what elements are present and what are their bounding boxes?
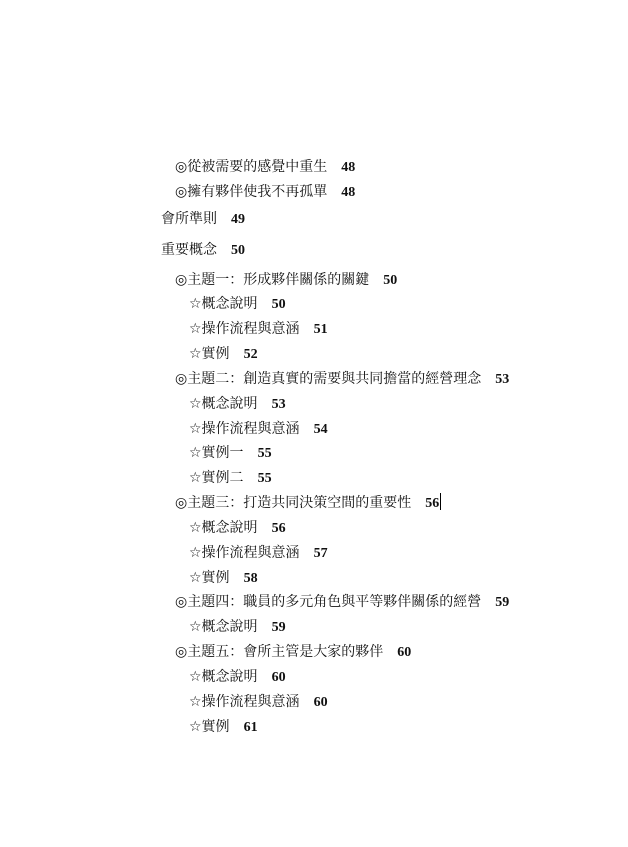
toc-entry-page: 60: [314, 695, 328, 710]
toc-entry-title: ☆操作流程與意涵: [189, 321, 300, 337]
toc-entry-title: ◎主題三：打造共同決策空間的重要性: [175, 495, 411, 511]
toc-entry[interactable]: ☆概念說明56: [189, 517, 286, 539]
toc-entry[interactable]: 重要概念50: [161, 239, 245, 261]
toc-entry-title: ☆概念說明: [189, 619, 258, 635]
toc-entry-page: 61: [244, 720, 258, 735]
toc-entry-title: ☆實例一: [189, 445, 244, 461]
toc-entry[interactable]: ☆概念說明59: [189, 616, 286, 638]
toc-entry[interactable]: ◎主題三：打造共同決策空間的重要性56: [175, 492, 441, 514]
toc-entry-title: ◎主題四：職員的多元角色與平等夥伴關係的經營: [175, 594, 481, 610]
toc-entry-page: 54: [314, 422, 328, 437]
toc-entry-page: 50: [383, 273, 397, 288]
toc-entry-title: ☆操作流程與意涵: [189, 545, 300, 561]
toc-entry-title: ◎從被需要的感覺中重生: [175, 159, 327, 175]
toc-entry-title: ◎主題二：創造真實的需要與共同擔當的經營理念: [175, 371, 481, 387]
toc-entry[interactable]: ◎主題一：形成夥伴關係的關鍵50: [175, 269, 397, 291]
toc-entry-page: 48: [341, 160, 355, 175]
toc-entry-page: 51: [314, 322, 328, 337]
toc-entry[interactable]: ☆操作流程與意涵51: [189, 318, 328, 340]
toc-entry[interactable]: ◎擁有夥伴使我不再孤單48: [175, 181, 355, 203]
toc-entry[interactable]: ☆概念說明50: [189, 293, 286, 315]
toc-entry-page: 55: [258, 471, 272, 486]
toc-entry-page: 57: [314, 546, 328, 561]
toc-entry-title: ☆概念說明: [189, 669, 258, 685]
toc-entry-page: 56: [272, 521, 286, 536]
toc-entry-page: 50: [272, 297, 286, 312]
toc-entry-title: ◎主題五：會所主管是大家的夥伴: [175, 644, 383, 660]
toc-entry-page: 59: [495, 595, 509, 610]
toc-entry-title: ◎擁有夥伴使我不再孤單: [175, 184, 327, 200]
toc-entry-page: 56: [425, 496, 439, 511]
toc-entry[interactable]: ◎主題四：職員的多元角色與平等夥伴關係的經營59: [175, 591, 509, 613]
toc-entry-page: 49: [231, 212, 245, 227]
toc-entry-page: 55: [258, 446, 272, 461]
toc-entry-title: ☆概念說明: [189, 296, 258, 312]
toc-entry[interactable]: ☆操作流程與意涵57: [189, 542, 328, 564]
toc-entry[interactable]: ☆操作流程與意涵60: [189, 691, 328, 713]
toc-entry-title: ☆概念說明: [189, 396, 258, 412]
toc-entry[interactable]: ☆實例61: [189, 716, 258, 738]
toc-entry[interactable]: ☆實例58: [189, 567, 258, 589]
toc-entry-page: 53: [495, 372, 509, 387]
toc-entry-page: 53: [272, 397, 286, 412]
toc-entry-title: ☆操作流程與意涵: [189, 694, 300, 710]
toc-entry[interactable]: ☆實例52: [189, 343, 258, 365]
toc-entry[interactable]: ☆實例二55: [189, 467, 272, 489]
toc-entry-title: ☆實例: [189, 570, 230, 586]
toc-entry[interactable]: ◎從被需要的感覺中重生48: [175, 156, 355, 178]
toc-entry-title: ☆實例: [189, 346, 230, 362]
toc-entry[interactable]: ☆概念說明53: [189, 393, 286, 415]
toc-entry-page: 52: [244, 347, 258, 362]
toc-entry[interactable]: ☆操作流程與意涵54: [189, 418, 328, 440]
toc-entry-page: 59: [272, 620, 286, 635]
toc-entry[interactable]: ☆實例一55: [189, 442, 272, 464]
toc-entry[interactable]: ◎主題五：會所主管是大家的夥伴60: [175, 641, 411, 663]
toc-entry[interactable]: 會所準則49: [161, 208, 245, 230]
toc-entry-title: ☆概念說明: [189, 520, 258, 536]
text-cursor: [440, 493, 441, 510]
toc-entry-page: 60: [397, 645, 411, 660]
toc-entry-page: 48: [341, 185, 355, 200]
toc-entry-title: ☆實例: [189, 719, 230, 735]
document-page: ◎從被需要的感覺中重生48 ◎擁有夥伴使我不再孤單48 會所準則49 重要概念5…: [0, 0, 628, 847]
toc-entry-title: 重要概念: [161, 242, 217, 258]
toc-entry-title: ◎主題一：形成夥伴關係的關鍵: [175, 272, 369, 288]
toc-entry[interactable]: ◎主題二：創造真實的需要與共同擔當的經營理念53: [175, 368, 509, 390]
toc-entry-page: 58: [244, 571, 258, 586]
toc-entry-page: 60: [272, 670, 286, 685]
toc-entry-title: ☆操作流程與意涵: [189, 421, 300, 437]
toc-entry-title: ☆實例二: [189, 470, 244, 486]
toc-entry-page: 50: [231, 243, 245, 258]
toc-entry[interactable]: ☆概念說明60: [189, 666, 286, 688]
toc-entry-title: 會所準則: [161, 211, 217, 227]
